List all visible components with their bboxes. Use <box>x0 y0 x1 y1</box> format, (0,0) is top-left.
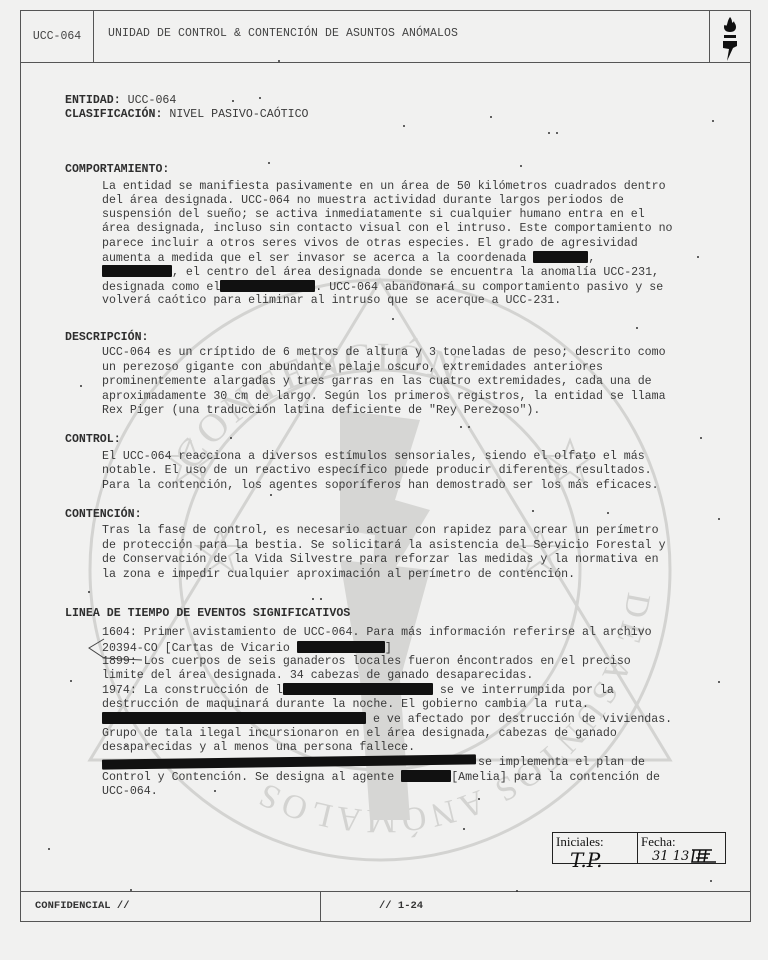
containment-text: de Conservación de la Vida Silvestre par… <box>102 553 659 568</box>
containment-text: Tras la fase de control, es necesario ac… <box>102 524 659 539</box>
description-text: Rex Piger (una traducción latina deficie… <box>102 404 540 419</box>
timeline-entry: limite del área designada. 34 cabezas de… <box>102 669 533 684</box>
entity-value: UCC-064 <box>121 94 177 107</box>
redaction <box>533 251 588 263</box>
behavior-text: , el centro del área designada donde se … <box>102 265 659 281</box>
control-text: Para la contención, los agentes soporífe… <box>102 479 659 494</box>
timeline-entry: destrucción de maquinará durante la noch… <box>102 698 589 713</box>
document-body: ENTIDAD: UCC-064 CLASIFICACIÓN: NIVEL PA… <box>0 0 768 960</box>
timeline-entry: 1899: Los cuerpos de seis ganaderos loca… <box>102 655 631 670</box>
description-text: un perezoso gigante con abundante pelaje… <box>102 361 603 376</box>
containment-heading: CONTENCIÓN: <box>65 508 142 523</box>
timeline-entry: Grupo de tala ilegal incursionaron en el… <box>102 727 617 742</box>
control-heading: CONTROL: <box>65 433 121 448</box>
behavior-heading: COMPORTAMIENTO: <box>65 163 169 178</box>
classification-label: CLASIFICACIÓN: <box>65 108 162 121</box>
redaction <box>102 265 172 277</box>
redaction <box>297 641 385 653</box>
containment-text: de protección para la bestia. Se solicit… <box>102 539 666 554</box>
description-text: prominentemente alargadas y tres garras … <box>102 375 652 390</box>
handwritten-date: 31 13 <box>650 846 722 866</box>
behavior-text: área designada, incluso sin contacto vis… <box>102 222 673 237</box>
behavior-text: del área designada. UCC-064 no muestra a… <box>102 194 624 209</box>
containment-text: la zona e impedir cualquier aproximación… <box>102 568 575 583</box>
behavior-text: La entidad se manifiesta pasivamente en … <box>102 180 666 195</box>
redaction <box>102 712 366 724</box>
classification-value: NIVEL PASIVO-CAÓTICO <box>162 108 308 121</box>
timeline-entry: Control y Contención. Se designa al agen… <box>102 770 660 786</box>
control-text: notable. El uso de un reactivo específic… <box>102 464 652 479</box>
timeline-heading: LINEA DE TIEMPO DE EVENTOS SIGNIFICATIVO… <box>65 607 350 622</box>
behavior-text: volverá caótico para eliminar al intruso… <box>102 294 561 309</box>
redaction <box>401 770 451 782</box>
entity-line: ENTIDAD: UCC-064 <box>65 94 176 109</box>
redaction <box>220 280 315 292</box>
timeline-entry: UCC-064. <box>102 785 158 800</box>
timeline-entry: desaparecidas y al menos una persona fal… <box>102 741 415 756</box>
control-text: El UCC-064 reacciona a diversos estímulo… <box>102 450 645 465</box>
behavior-text: parece incluir a otros seres vivos de ot… <box>102 237 638 252</box>
behavior-text: suspensión del sueño; se activa inmediat… <box>102 208 645 223</box>
classification-line: CLASIFICACIÓN: NIVEL PASIVO-CAÓTICO <box>65 108 309 123</box>
redaction <box>283 683 433 695</box>
timeline-entry: 1604: Primer avistamiento de UCC-064. Pa… <box>102 626 652 641</box>
description-text: aproximadamente 30 cm de largo. Según lo… <box>102 390 666 405</box>
description-text: UCC-064 es un críptido de 6 metros de al… <box>102 346 666 361</box>
timeline-entry: e ve afectado por destrucción de viviend… <box>102 712 672 728</box>
entity-label: ENTIDAD: <box>65 94 121 107</box>
timeline-entry: 1974: La construcción de l se ve interru… <box>102 683 614 699</box>
timeline-entry: se implementa el plan de <box>478 756 645 771</box>
svg-text:31 13: 31 13 <box>652 849 689 864</box>
initials-signature: T.P. <box>570 848 603 872</box>
description-heading: DESCRIPCIÓN: <box>65 331 149 346</box>
redaction <box>102 754 476 769</box>
